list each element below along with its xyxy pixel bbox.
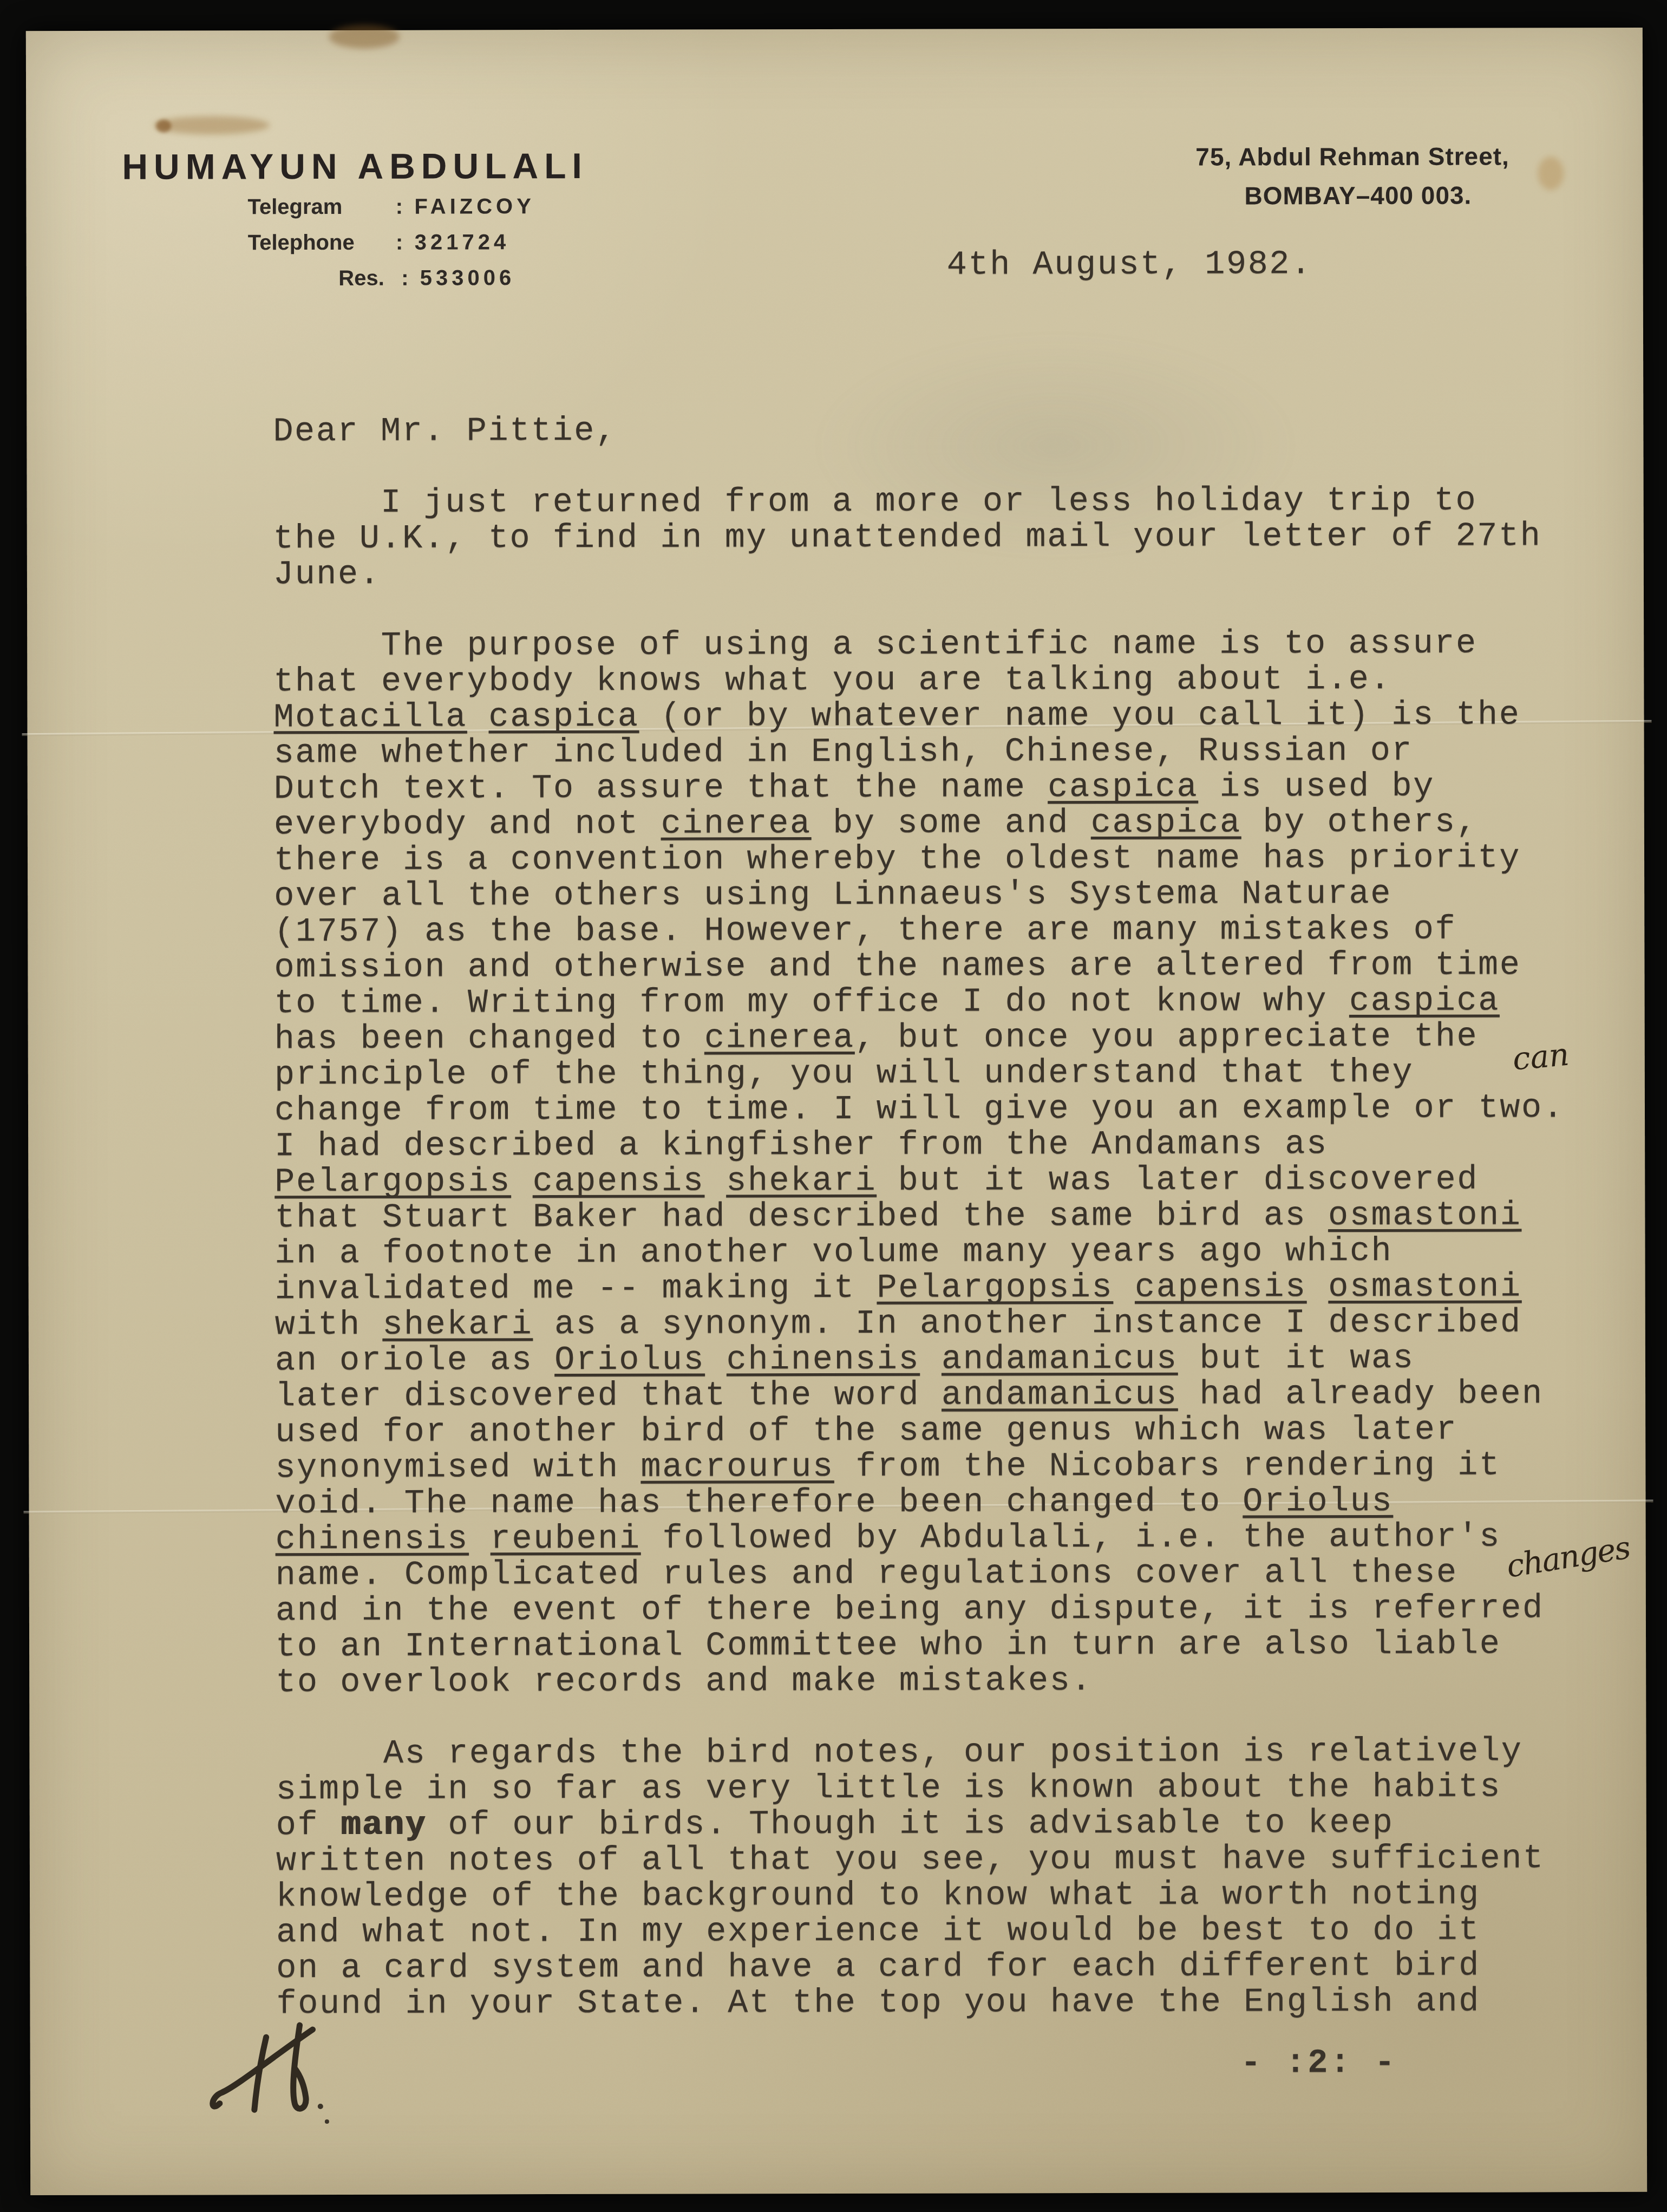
body-line: void. The name has therefore been change…: [275, 1483, 1565, 1522]
contact-value: FAIZCOY: [414, 194, 534, 219]
page-number: - :2: -: [1241, 2044, 1397, 2083]
body-line: Pelargopsis capensis shekari but it was …: [274, 1162, 1565, 1200]
body-line: principle of the thing, you will underst…: [274, 1054, 1565, 1093]
body-line: Motacilla caspica (or by whatever name y…: [273, 697, 1564, 735]
body-line: synonymised with macrourus from the Nico…: [275, 1447, 1565, 1486]
body-line: written notes of all that you see, you m…: [276, 1841, 1566, 1879]
body-line: on a card system and have a card for eac…: [276, 1948, 1566, 1986]
body-line: Dutch text. To assure that the name casp…: [274, 768, 1564, 807]
body-line: I just returned from a more or less holi…: [273, 482, 1564, 521]
letter-page: HUMAYUN ABDULALI Telegram : FAIZCOY Tele…: [26, 28, 1647, 2195]
contact-row-residence: Res. : 533006: [248, 266, 535, 302]
body-line: and what not. In my experience it would …: [276, 1912, 1566, 1950]
body-line: [273, 447, 1563, 485]
body-line: the U.K., to find in my unattended mail …: [273, 518, 1564, 557]
body-line: with shekari as a synonym. In another in…: [275, 1304, 1565, 1343]
body-line: As regards the bird notes, our position …: [276, 1733, 1566, 1772]
letter-body: Dear Mr. Pittie, I just returned from a …: [273, 411, 1566, 2022]
body-line: has been changed to cinerea, but once yo…: [274, 1019, 1565, 1057]
handwritten-monogram: [209, 2021, 355, 2135]
body-line: simple in so far as very little is known…: [276, 1769, 1566, 1808]
contact-row-telegram: Telegram : FAIZCOY: [247, 194, 534, 231]
body-line: of many of our birds. Though it is advis…: [276, 1805, 1566, 1843]
body-line: name. Complicated rules and regulations …: [276, 1555, 1566, 1593]
body-line: later discovered that the word andamanic…: [275, 1376, 1565, 1414]
body-line: there is a convention whereby the oldest…: [274, 840, 1564, 878]
letter-date: 4th August, 1982.: [947, 245, 1312, 284]
body-line: omission and otherwise and the names are…: [274, 947, 1564, 986]
letterhead-name: HUMAYUN ABDULALI: [122, 145, 588, 187]
body-line: (1757) as the base. However, there are m…: [274, 911, 1564, 950]
body-line: that everybody knows what you are talkin…: [273, 661, 1564, 700]
letterhead-address-line2: BOMBAY–400 003.: [1244, 181, 1472, 211]
handwritten-insertion-can: can: [1511, 1036, 1571, 1078]
body-line: an oriole as Oriolus chinensis andamanic…: [275, 1340, 1565, 1379]
contact-value: 321724: [415, 230, 510, 255]
body-line: used for another bird of the same genus …: [275, 1412, 1565, 1450]
body-line: chinensis reubeni followed by Abdulali, …: [276, 1519, 1566, 1557]
contact-row-telephone: Telephone : 321724: [248, 230, 535, 266]
rust-stain-top-edge: [329, 25, 400, 49]
body-line: same whether included in English, Chines…: [274, 733, 1564, 771]
rust-stain: [154, 116, 270, 134]
body-line: I had described a kingfisher from the An…: [274, 1126, 1565, 1164]
letterhead-address-line1: 75, Abdul Rehman Street,: [1195, 141, 1509, 171]
body-line: knowledge of the background to know what…: [276, 1876, 1566, 1915]
body-line: and in the event of there being any disp…: [276, 1590, 1566, 1629]
rust-stain-right: [1538, 156, 1564, 190]
contact-separator: :: [384, 195, 414, 219]
body-line: June.: [273, 554, 1564, 592]
body-line: The purpose of using a scientific name i…: [273, 625, 1564, 664]
body-line: to overlook records and make mistakes.: [276, 1662, 1566, 1700]
body-line: Dear Mr. Pittie,: [273, 411, 1563, 449]
body-line: that Stuart Baker had described the same…: [274, 1197, 1565, 1236]
contact-label: Telegram: [247, 195, 384, 220]
contact-separator: :: [390, 266, 420, 291]
body-line: [276, 1698, 1566, 1736]
rust-stain-dot: [156, 120, 171, 133]
scan-background: HUMAYUN ABDULALI Telegram : FAIZCOY Tele…: [0, 0, 1667, 2212]
contact-label: Telephone: [248, 231, 384, 256]
body-line: to time. Writing from my office I do not…: [274, 983, 1565, 1021]
body-line: change from time to time. I will give yo…: [274, 1090, 1565, 1128]
body-line: [273, 590, 1564, 628]
body-line: in a footnote in another volume many yea…: [274, 1233, 1565, 1271]
body-line: found in your State. At the top you have…: [276, 1983, 1566, 2022]
contact-value: 533006: [420, 266, 515, 290]
body-line: invalidated me -- making it Pelargopsis …: [275, 1269, 1565, 1307]
contact-separator: :: [384, 231, 415, 255]
body-line: to an International Committee who in tur…: [276, 1626, 1566, 1665]
letterhead-contact: Telegram : FAIZCOY Telephone : 321724 Re…: [247, 194, 535, 302]
contact-label: Res.: [248, 266, 390, 291]
body-line: everybody and not cinerea by some and ca…: [274, 804, 1564, 843]
body-line: over all the others using Linnaeus's Sys…: [274, 876, 1564, 914]
